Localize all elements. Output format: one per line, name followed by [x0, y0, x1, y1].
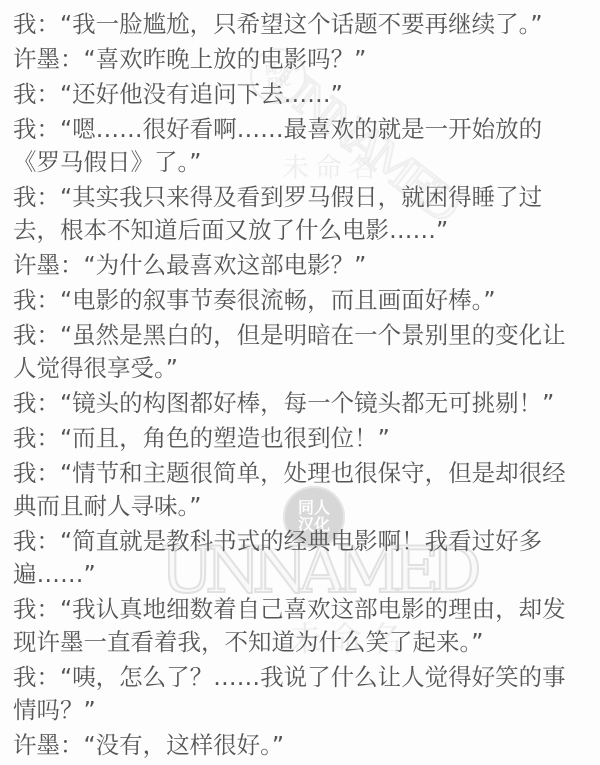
- dialogue-line: 我：“虽然是黑白的，但是明暗在一个景别里的变化让人觉得很享受。”: [13, 319, 589, 385]
- dialogue-page: 同人 汉化 UNNAMED 未命名 同人 汉化 UNNAMED 未命名 我：“我…: [0, 0, 600, 765]
- dialogue-line: 我：“我认真地细数着自己喜欢这部电影的理由，却发现许墨一直看着我，不知道为什么笑…: [13, 593, 589, 659]
- dialogue-line: 许墨：“喜欢昨晚上放的电影吗？”: [13, 43, 589, 76]
- dialogue-line: 我：“镜头的构图都好棒，每一个镜头都无可挑剔！”: [13, 387, 589, 420]
- dialogue-line: 我：“我一脸尴尬，只希望这个话题不要再继续了。”: [13, 8, 589, 41]
- dialogue-line: 我：“而且，角色的塑造也很到位！”: [13, 422, 589, 455]
- dialogue-text: 我：“我一脸尴尬，只希望这个话题不要再继续了。” 许墨：“喜欢昨晚上放的电影吗？…: [0, 0, 600, 762]
- dialogue-line: 许墨：“为什么最喜欢这部电影？”: [13, 249, 589, 282]
- dialogue-line: 我：“咦，怎么了？……我说了什么让人觉得好笑的事情吗？”: [13, 661, 589, 727]
- dialogue-line: 我：“嗯……很好看啊……最喜欢的就是一开始放的《罗马假日》了。”: [13, 113, 589, 179]
- dialogue-line: 我：“情节和主题很简单，处理也很保守，但是却很经典而且耐人寻味。”: [13, 457, 589, 523]
- dialogue-line: 我：“电影的叙事节奏很流畅，而且画面好棒。”: [13, 284, 589, 317]
- dialogue-line: 我：“还好他没有追问下去……”: [13, 78, 589, 111]
- dialogue-line: 我：“简直就是教科书式的经典电影啊！我看过好多遍……”: [13, 525, 589, 591]
- dialogue-line: 我：“其实我只来得及看到罗马假日，就困得睡了过去，根本不知道后面又放了什么电影……: [13, 181, 589, 247]
- dialogue-line: 许墨：“没有，这样很好。”: [13, 729, 589, 762]
